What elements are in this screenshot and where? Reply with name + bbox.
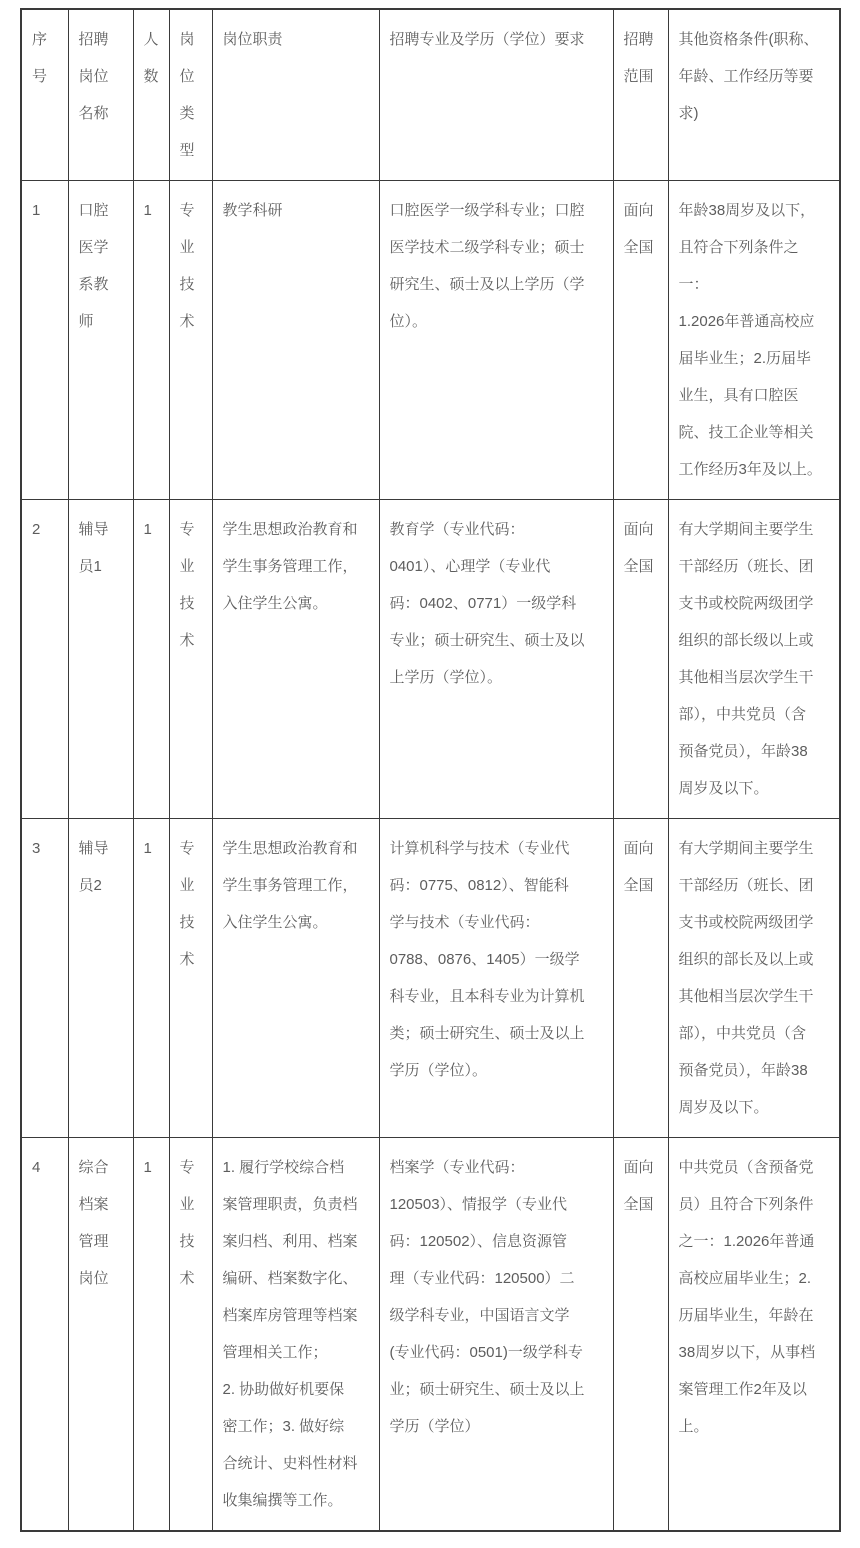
cell-serial-number: 2 (21, 500, 68, 819)
cell-job-duties: 学生思想政治教育和 学生事务管理工作， 入住学生公寓。 (212, 819, 379, 1138)
cell-headcount: 1 (133, 819, 169, 1138)
column-header-recruitment-scope: 招聘 范围 (613, 9, 668, 181)
cell-serial-number: 4 (21, 1138, 68, 1532)
cell-other-qualifications: 中共党员（含预备党 员）且符合下列条件 之一：1.2026年普通 高校应届毕业生… (668, 1138, 840, 1532)
cell-position-type: 专 业 技 术 (169, 819, 212, 1138)
table-row-1: 1 口腔 医学 系教 师 1 专 业 技 术 教学科研 口腔医学一级学科专业；口… (21, 181, 840, 500)
cell-recruitment-scope: 面向 全国 (613, 500, 668, 819)
column-header-headcount: 人 数 (133, 9, 169, 181)
cell-serial-number: 3 (21, 819, 68, 1138)
cell-position-type: 专 业 技 术 (169, 1138, 212, 1532)
column-header-position-name: 招聘 岗位 名称 (68, 9, 133, 181)
cell-other-qualifications: 有大学期间主要学生 干部经历（班长、团 支书或校院两级团学 组织的部长及以上或 … (668, 819, 840, 1138)
cell-major-education-requirements: 教育学（专业代码： 0401）、心理学（专业代 码：0402、0771）一级学科… (379, 500, 613, 819)
column-header-job-duties: 岗位职责 (212, 9, 379, 181)
cell-headcount: 1 (133, 181, 169, 500)
column-header-position-type: 岗 位 类 型 (169, 9, 212, 181)
cell-major-education-requirements: 口腔医学一级学科专业；口腔 医学技术二级学科专业；硕士 研究生、硕士及以上学历（… (379, 181, 613, 500)
cell-position-type: 专 业 技 术 (169, 181, 212, 500)
cell-recruitment-scope: 面向 全国 (613, 1138, 668, 1532)
table-row-4: 4 综合 档案 管理 岗位 1 专 业 技 术 1. 履行学校综合档 案管理职责… (21, 1138, 840, 1532)
cell-position-type: 专 业 技 术 (169, 500, 212, 819)
column-header-major-education-requirements: 招聘专业及学历（学位）要求 (379, 9, 613, 181)
table-body: 1 口腔 医学 系教 师 1 专 业 技 术 教学科研 口腔医学一级学科专业；口… (21, 181, 840, 1532)
column-header-serial-number: 序 号 (21, 9, 68, 181)
cell-job-duties: 1. 履行学校综合档 案管理职责，负责档 案归档、利用、档案 编研、档案数字化、… (212, 1138, 379, 1532)
recruitment-positions-table: 序 号 招聘 岗位 名称 人 数 岗 位 类 型 岗位职责 招聘专业及学历（学位… (20, 8, 841, 1532)
cell-recruitment-scope: 面向 全国 (613, 181, 668, 500)
cell-major-education-requirements: 计算机科学与技术（专业代 码：0775、0812）、智能科 学与技术（专业代码：… (379, 819, 613, 1138)
table-header: 序 号 招聘 岗位 名称 人 数 岗 位 类 型 岗位职责 招聘专业及学历（学位… (21, 9, 840, 181)
cell-headcount: 1 (133, 1138, 169, 1532)
table-row-3: 3 辅导 员2 1 专 业 技 术 学生思想政治教育和 学生事务管理工作， 入住… (21, 819, 840, 1138)
cell-position-name: 综合 档案 管理 岗位 (68, 1138, 133, 1532)
cell-other-qualifications: 年龄38周岁及以下， 且符合下列条件之 一： 1.2026年普通高校应 届毕业生… (668, 181, 840, 500)
cell-position-name: 辅导 员2 (68, 819, 133, 1138)
cell-headcount: 1 (133, 500, 169, 819)
cell-serial-number: 1 (21, 181, 68, 500)
cell-job-duties: 教学科研 (212, 181, 379, 500)
cell-position-name: 辅导 员1 (68, 500, 133, 819)
cell-major-education-requirements: 档案学（专业代码： 120503）、情报学（专业代 码：120502）、信息资源… (379, 1138, 613, 1532)
cell-other-qualifications: 有大学期间主要学生 干部经历（班长、团 支书或校院两级团学 组织的部长级以上或 … (668, 500, 840, 819)
header-row: 序 号 招聘 岗位 名称 人 数 岗 位 类 型 岗位职责 招聘专业及学历（学位… (21, 9, 840, 181)
cell-job-duties: 学生思想政治教育和 学生事务管理工作， 入住学生公寓。 (212, 500, 379, 819)
table-row-2: 2 辅导 员1 1 专 业 技 术 学生思想政治教育和 学生事务管理工作， 入住… (21, 500, 840, 819)
page: 序 号 招聘 岗位 名称 人 数 岗 位 类 型 岗位职责 招聘专业及学历（学位… (0, 0, 860, 1548)
cell-position-name: 口腔 医学 系教 师 (68, 181, 133, 500)
column-header-other-qualifications: 其他资格条件(职称、 年龄、工作经历等要 求) (668, 9, 840, 181)
cell-recruitment-scope: 面向 全国 (613, 819, 668, 1138)
